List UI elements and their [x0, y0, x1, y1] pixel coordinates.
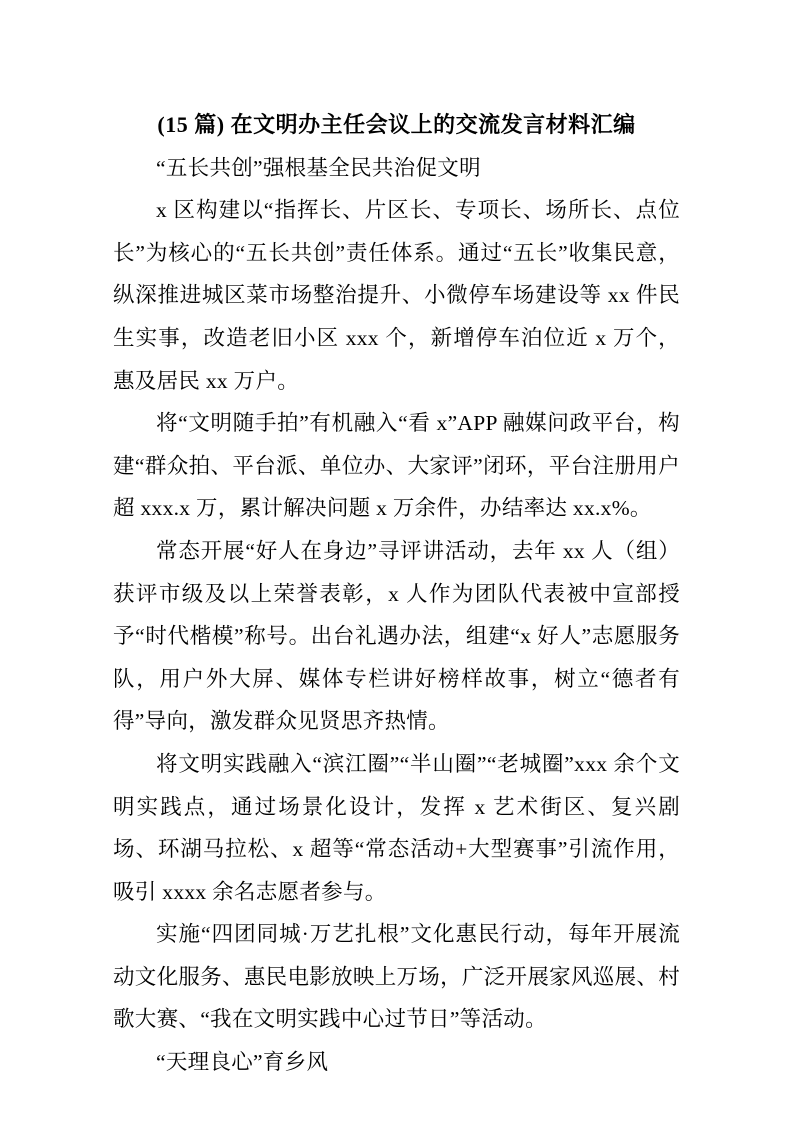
section-heading: “天理良心”育乡风	[113, 1041, 680, 1084]
paragraph: 将文明实践融入“滨江圈”“半山圈”“老城圈”xxx 余个文明实践点，通过场景化设…	[113, 743, 680, 913]
paragraph: 实施“四团同城·万艺扎根”文化惠民行动，每年开展流动文化服务、惠民电影放映上万场…	[113, 913, 680, 1041]
document-title: (15 篇) 在文明办主任会议上的交流发言材料汇编	[113, 104, 680, 147]
paragraph: x 区构建以“指挥长、片区长、专项长、场所长、点位长”为核心的“五长共创”责任体…	[113, 189, 680, 402]
paragraph: 常态开展“好人在身边”寻评讲活动，去年 xx 人（组）获评市级及以上荣誉表彰，x…	[113, 530, 680, 743]
section-heading: “五长共创”强根基全民共治促文明	[113, 147, 680, 190]
paragraph: 将“文明随手拍”有机融入“看 x”APP 融媒问政平台，构建“群众拍、平台派、单…	[113, 402, 680, 530]
document-page: (15 篇) 在文明办主任会议上的交流发言材料汇编 “五长共创”强根基全民共治促…	[0, 0, 793, 1122]
